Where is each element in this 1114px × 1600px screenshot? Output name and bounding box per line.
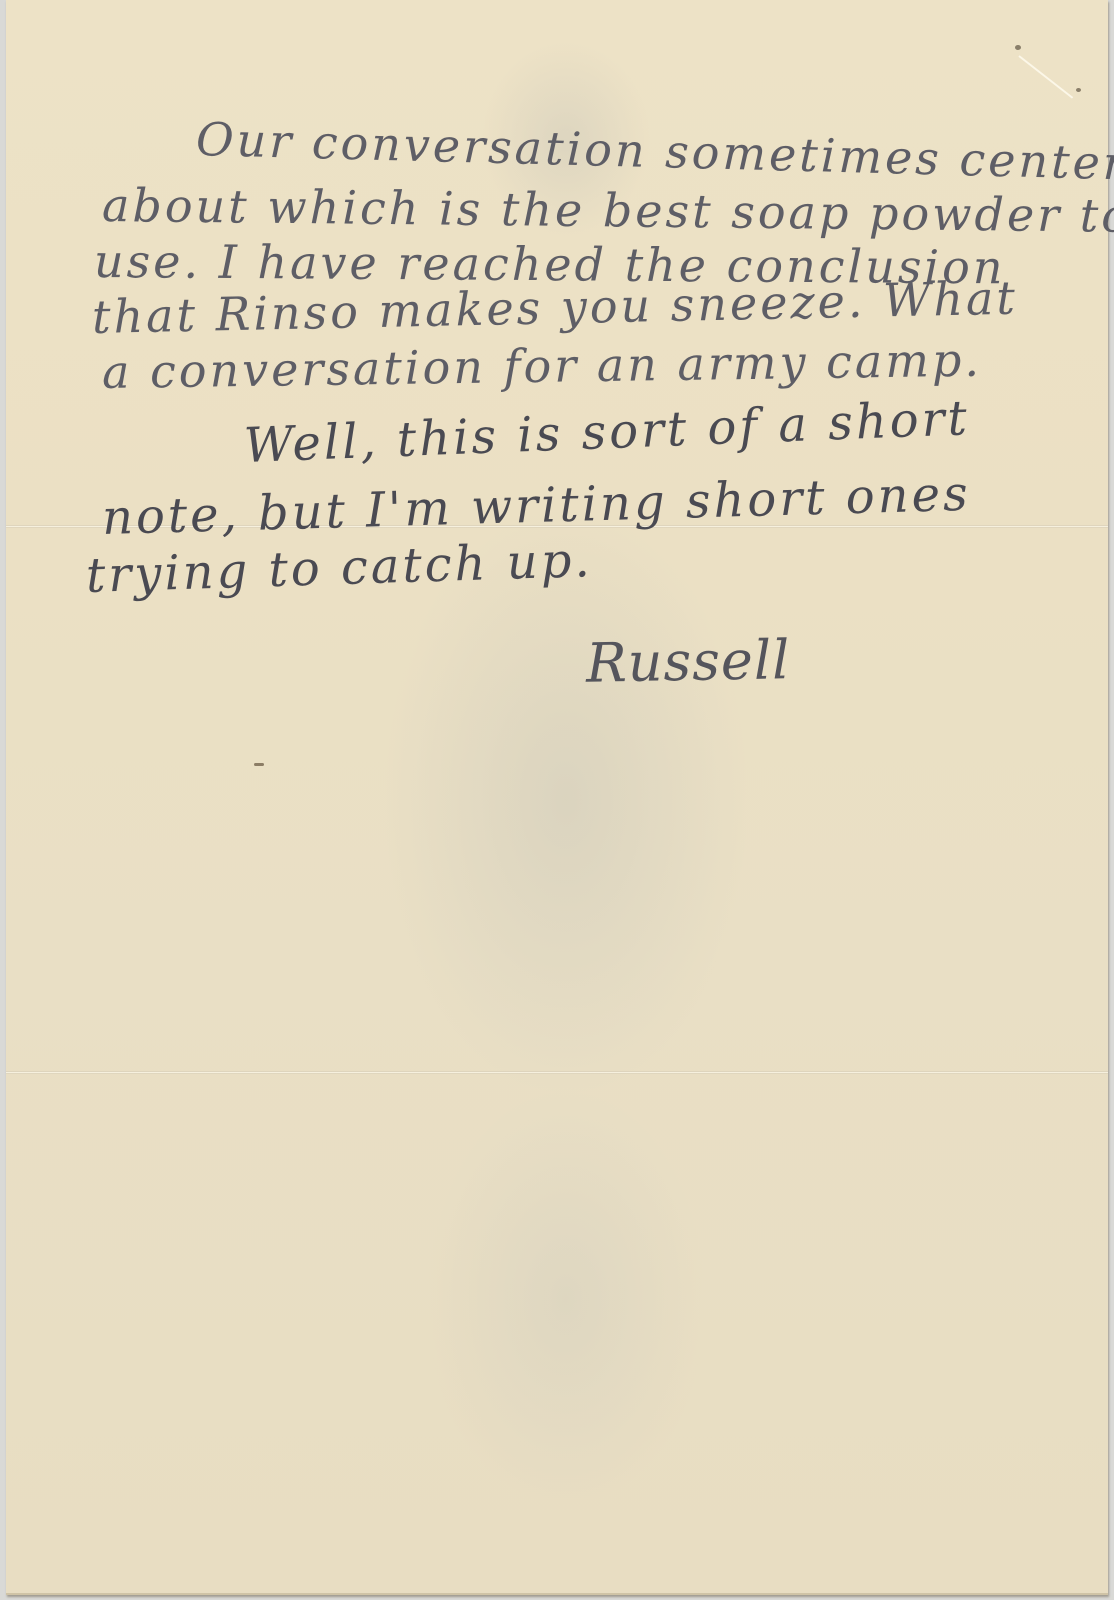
handwritten-line: Well, this is sort of a short <box>243 390 971 474</box>
handwritten-line: about which is the best soap powder to <box>102 178 1114 243</box>
handwritten-line: Our conversation sometimes centers <box>195 112 1114 191</box>
signature: Russell <box>585 628 790 695</box>
scanned-letter-page: Our conversation sometimes centers about… <box>0 0 1114 1600</box>
letter-body: Our conversation sometimes centers about… <box>6 0 1108 1593</box>
handwritten-line: a conversation for an army camp. <box>102 333 983 399</box>
letter-paper: Our conversation sometimes centers about… <box>6 0 1108 1595</box>
